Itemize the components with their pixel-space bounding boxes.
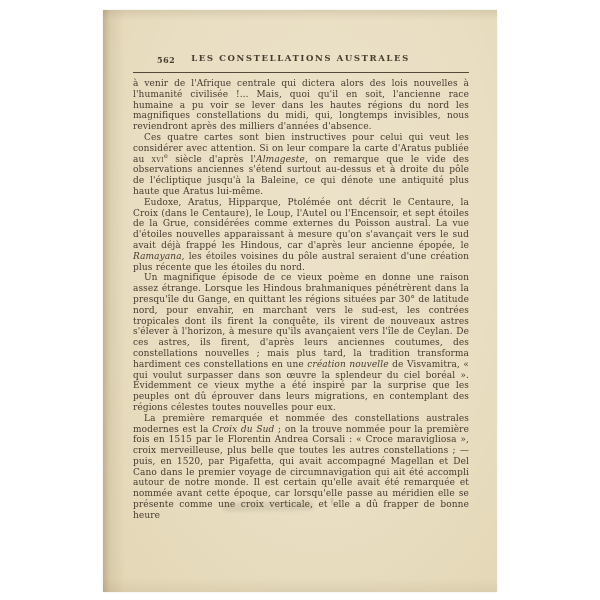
scanned-document-background: 562 LES CONSTELLATIONS AUSTRALES à venir… bbox=[0, 0, 600, 600]
paragraph: Ces quatre cartes sont bien instructives… bbox=[133, 133, 469, 198]
faint-ink-speck bbox=[331, 498, 333, 504]
faint-show-through-mark bbox=[223, 501, 313, 512]
text-segment: Almageste bbox=[256, 155, 305, 165]
text-block: à venir de l'Afrique centrale qui dicter… bbox=[133, 79, 469, 522]
book-page: 562 LES CONSTELLATIONS AUSTRALES à venir… bbox=[103, 10, 497, 592]
text-segment: xvi bbox=[152, 155, 164, 165]
paragraph: Eudoxe, Aratus, Hipparque, Ptolémée ont … bbox=[133, 198, 469, 274]
text-segment: à venir de l'Afrique centrale qui dicter… bbox=[133, 79, 469, 132]
header-rule bbox=[133, 72, 469, 73]
running-title: LES CONSTELLATIONS AUSTRALES bbox=[133, 54, 468, 64]
text-segment: siècle d'après l' bbox=[168, 155, 256, 165]
page-header: 562 LES CONSTELLATIONS AUSTRALES bbox=[133, 54, 468, 68]
text-segment: Ramayana bbox=[133, 252, 182, 262]
text-segment: création nouvelle bbox=[307, 360, 388, 370]
text-segment: Croix du Sud bbox=[212, 425, 274, 435]
text-segment: , les étoiles voisines du pôle austral s… bbox=[133, 252, 469, 273]
text-segment: Eudoxe, Aratus, Hipparque, Ptolémée ont … bbox=[133, 198, 469, 251]
text-segment: Un magnifique épisode de ce vieux poème … bbox=[133, 273, 469, 369]
paragraph: à venir de l'Afrique centrale qui dicter… bbox=[133, 79, 469, 133]
paragraph: Un magnifique épisode de ce vieux poème … bbox=[133, 273, 469, 413]
